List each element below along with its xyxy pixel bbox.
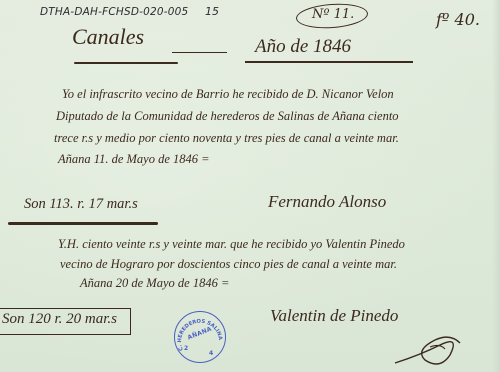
title-underline <box>74 62 178 64</box>
receipt-1-amount: Son 113. r. 17 mar.s <box>24 196 138 213</box>
signature-valentin-de-pinedo: Valentin de Pinedo <box>270 306 398 326</box>
stamp-number-left: 2 <box>184 345 188 352</box>
signature-fernando-alonso: Fernando Alonso <box>268 192 386 212</box>
folio-number: fº 40. <box>436 10 480 29</box>
year-underline <box>245 61 413 63</box>
archive-stamp: C. HEREDEROS SALINAS AÑANA 2 4 <box>174 311 226 363</box>
amount-underline <box>8 222 158 225</box>
archive-page-number: 15 <box>205 5 219 18</box>
receipt-1-line-4: Añana 11. de Mayo de 1846 = <box>58 152 210 167</box>
document-year: Año de 1846 <box>255 36 351 58</box>
title-dash <box>172 52 227 53</box>
paper-edge <box>492 0 500 372</box>
document-number: Nº 11. <box>312 7 354 22</box>
document-title: Canales <box>72 24 144 50</box>
receipt-2-line-3: Añana 20 de Mayo de 1846 = <box>80 276 229 291</box>
signature-rubric-icon <box>390 325 470 370</box>
stamp-number-right: 4 <box>209 350 213 357</box>
receipt-1-line-3: trece r.s y medio por ciento noventa y t… <box>54 131 399 146</box>
receipt-2-line-1: Y.H. ciento veinte r.s y veinte mar. que… <box>58 237 405 252</box>
receipt-2-line-2: vecino de Hograro por doscientos cinco p… <box>60 257 397 272</box>
archive-reference: DTHA-DAH-FCHSD-020-005 <box>40 6 188 18</box>
receipt-2-amount: Son 120 r. 20 mar.s <box>2 311 117 328</box>
receipt-1-line-2: Diputado de la Comunidad de herederos de… <box>56 109 399 124</box>
receipt-1-line-1: Yo el infrascrito vecino de Barrio he re… <box>62 87 394 102</box>
